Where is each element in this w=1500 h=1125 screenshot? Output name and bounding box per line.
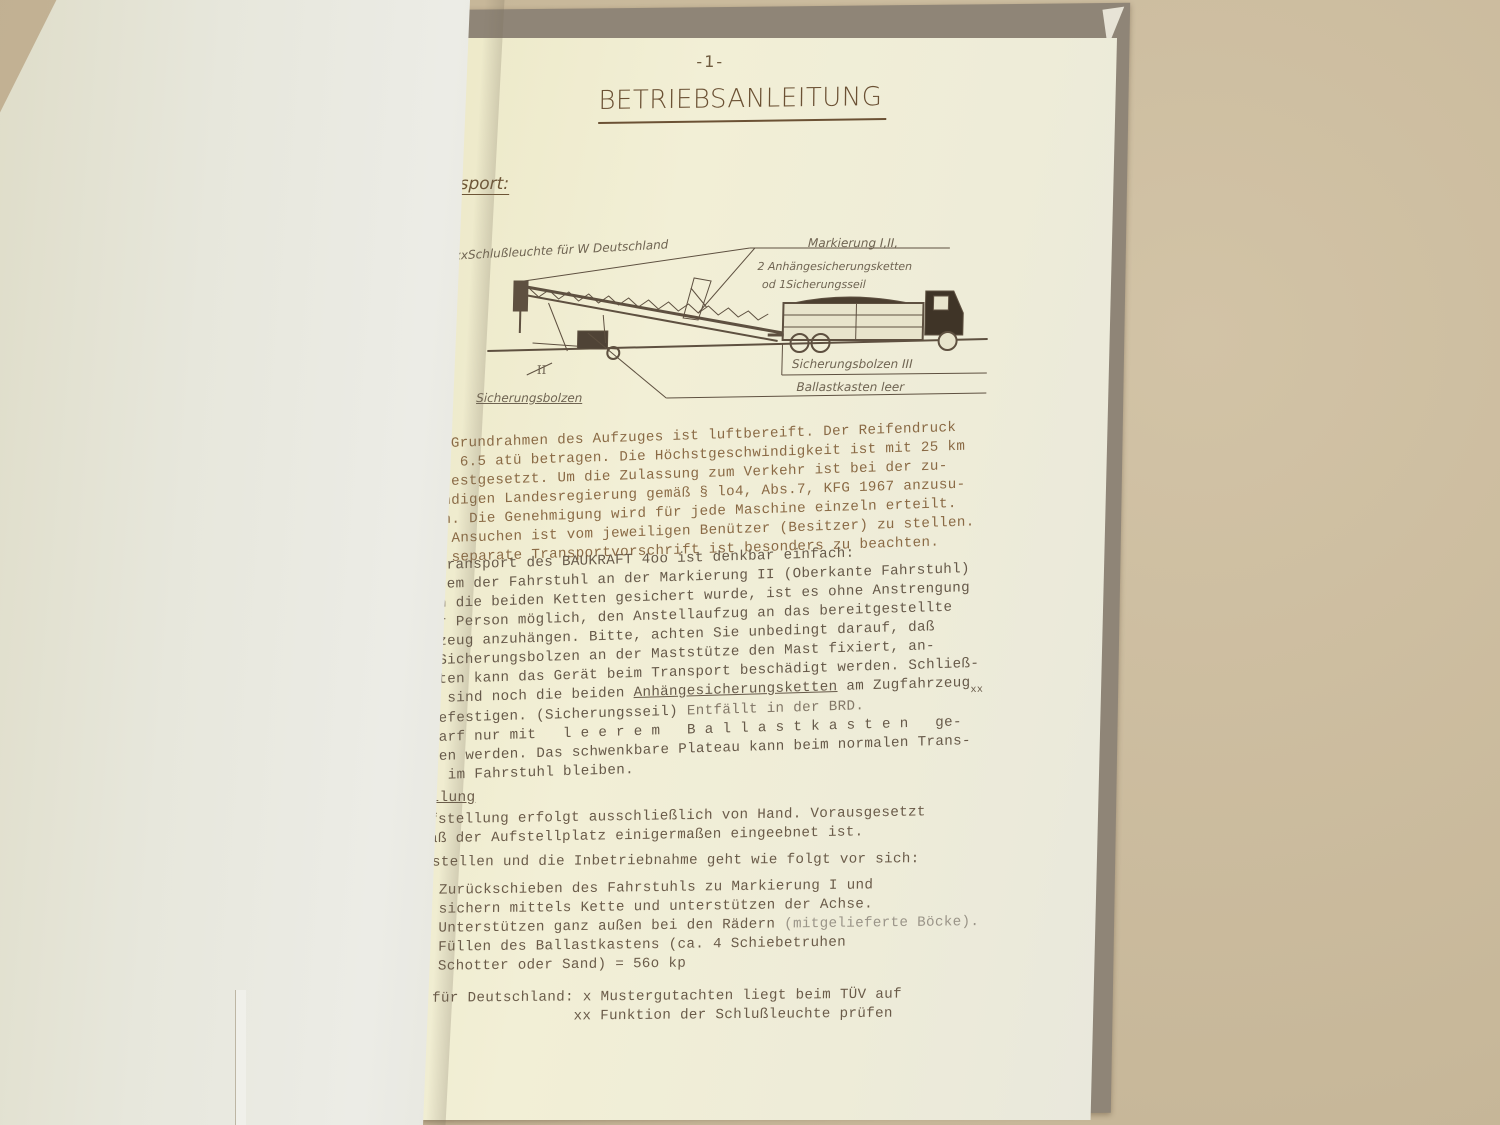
step-2: 2) Füllen des Ballastkastens (ca. 4 Schi… [411, 935, 846, 975]
paragraph-2-text-b: am Zugfahrzeug [837, 675, 970, 695]
label-safety-bolt: Sicherungsbolzen [476, 391, 582, 405]
transport-diagram: xxSchlußleuchte für W Deutschland Markie… [426, 203, 1031, 413]
step-1-supplied-stands: (mitgelieferte Böcke). [784, 914, 979, 932]
paragraph-transport: Der Transport des BAUKRAFT 4oo ist denkb… [402, 541, 983, 787]
label-ballast-empty: Ballastkasten leer [796, 380, 904, 394]
blank-left-page [0, 0, 470, 1125]
page-number: -1- [696, 52, 724, 71]
footnote-mark-xx: xx [971, 685, 984, 696]
germany-footnote: Nur für Deutschland: x Mustergutachten l… [396, 986, 902, 1028]
label-safety-rope: od 1Sicherungsseil [762, 278, 866, 291]
setup-steps: 1) Zurückschieben des Fahrstuhls zu Mark… [411, 875, 980, 977]
brd-note: Entfällt in der BRD. [687, 698, 864, 719]
label-safety-chains: 2 Anhängesicherungsketten [757, 260, 912, 273]
label-marker-two: II [537, 363, 547, 377]
label-marking: Markierung I,II, [808, 236, 898, 250]
safety-chains-underlined: Anhängesicherungsketten [634, 679, 838, 701]
binding-strip [235, 990, 246, 1125]
conveyor-truck-illustration [426, 203, 1031, 413]
page-title: BETRIEBSANLEITUNG [598, 82, 886, 124]
label-safety-bolt-three: Sicherungsbolzen III [792, 357, 913, 371]
